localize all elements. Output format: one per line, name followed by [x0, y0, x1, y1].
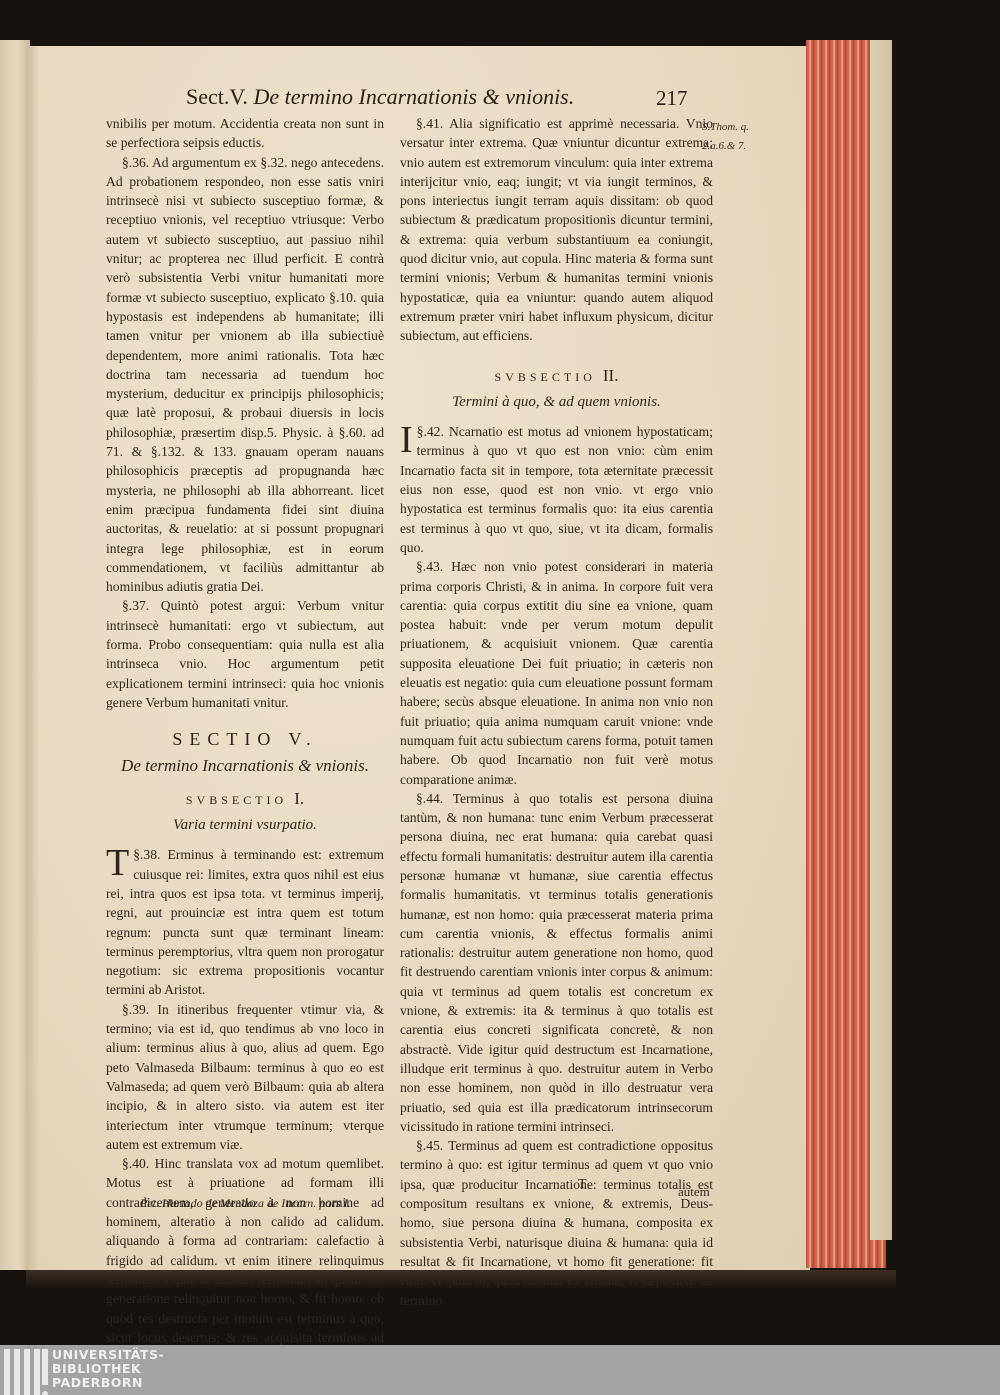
header-section: Sect.V. [186, 84, 248, 109]
library-logo-bar: UNIVERSITÄTS- BIBLIOTHEK PADERBORN [0, 1345, 1000, 1395]
paragraph-37: §.37. Quintò potest argui: Verbum vnitur… [106, 596, 384, 712]
section-heading: SECTIO V. [106, 730, 384, 749]
paragraph-36: §.36. Ad argumentum ex §.32. nego antece… [106, 153, 384, 597]
subsection-heading: SVBSECTIO II. [400, 366, 713, 387]
paragraph-43: §.43. Hæc non vnio potest considerari in… [400, 557, 713, 789]
signature-mark: T [578, 1177, 587, 1193]
logo-line: PADERBORN [52, 1376, 164, 1390]
paragraph-number: §.42. [417, 424, 444, 439]
paragraph-38: §.38. T Erminus à terminando est: extrem… [106, 845, 384, 999]
paragraph-continuation: vnibilis per motum. Accidentia creata no… [106, 114, 384, 153]
paragraph-39: §.39. In itineribus frequenter vtimur vi… [106, 1000, 384, 1154]
subsection-label: SVBSECTIO [186, 793, 287, 807]
subsection-title: Termini à quo, & ad quem vnionis. [400, 393, 713, 412]
logo-line: BIBLIOTHEK [52, 1362, 164, 1376]
subsection-heading: SVBSECTIO I. [106, 789, 384, 810]
subsection-number: I. [294, 789, 304, 808]
paragraph-text: Ncarnatio est motus ad vnionem hypostati… [400, 424, 713, 555]
vellum-cover-edge [870, 40, 892, 1240]
left-column: vnibilis per motum. Accidentia creata no… [106, 114, 384, 1386]
paragraph-text: Erminus à terminando est: extremum cuius… [106, 847, 384, 997]
header-title: De termino Incarnationis & vnionis. [253, 84, 574, 109]
paragraph-number: §.38. [133, 847, 160, 862]
drop-cap: I [400, 424, 413, 456]
footer-author-line: Pet. Hurtado de Mendoza de Incarn. pars … [140, 1196, 351, 1211]
section-title: De termino Incarnationis & vnionis. [106, 756, 384, 775]
subsection-label: SVBSECTIO [495, 370, 596, 384]
paragraph-45: §.45. Terminus ad quem est contradiction… [400, 1136, 713, 1310]
page-gutter-shadow [26, 46, 40, 1278]
paragraph-42: §.42. I Ncarnatio est motus ad vnionem h… [400, 422, 713, 557]
paragraph-44: §.44. Terminus à quo totalis est persona… [400, 789, 713, 1136]
catchword: autem [678, 1184, 710, 1200]
library-logo-text: UNIVERSITÄTS- BIBLIOTHEK PADERBORN [52, 1348, 164, 1390]
right-column: §.41. Alia significatio est apprimè nece… [400, 114, 713, 1310]
subsection-title: Varia termini vsurpatio. [106, 816, 384, 835]
subsection-number: II. [603, 366, 619, 385]
drop-cap: T [106, 847, 129, 879]
logo-line: UNIVERSITÄTS- [52, 1348, 164, 1362]
paragraph-41: §.41. Alia significatio est apprimè nece… [400, 114, 713, 346]
running-header: Sect.V. De termino Incarnationis & vnion… [186, 84, 686, 110]
page-number: 217 [656, 86, 688, 111]
